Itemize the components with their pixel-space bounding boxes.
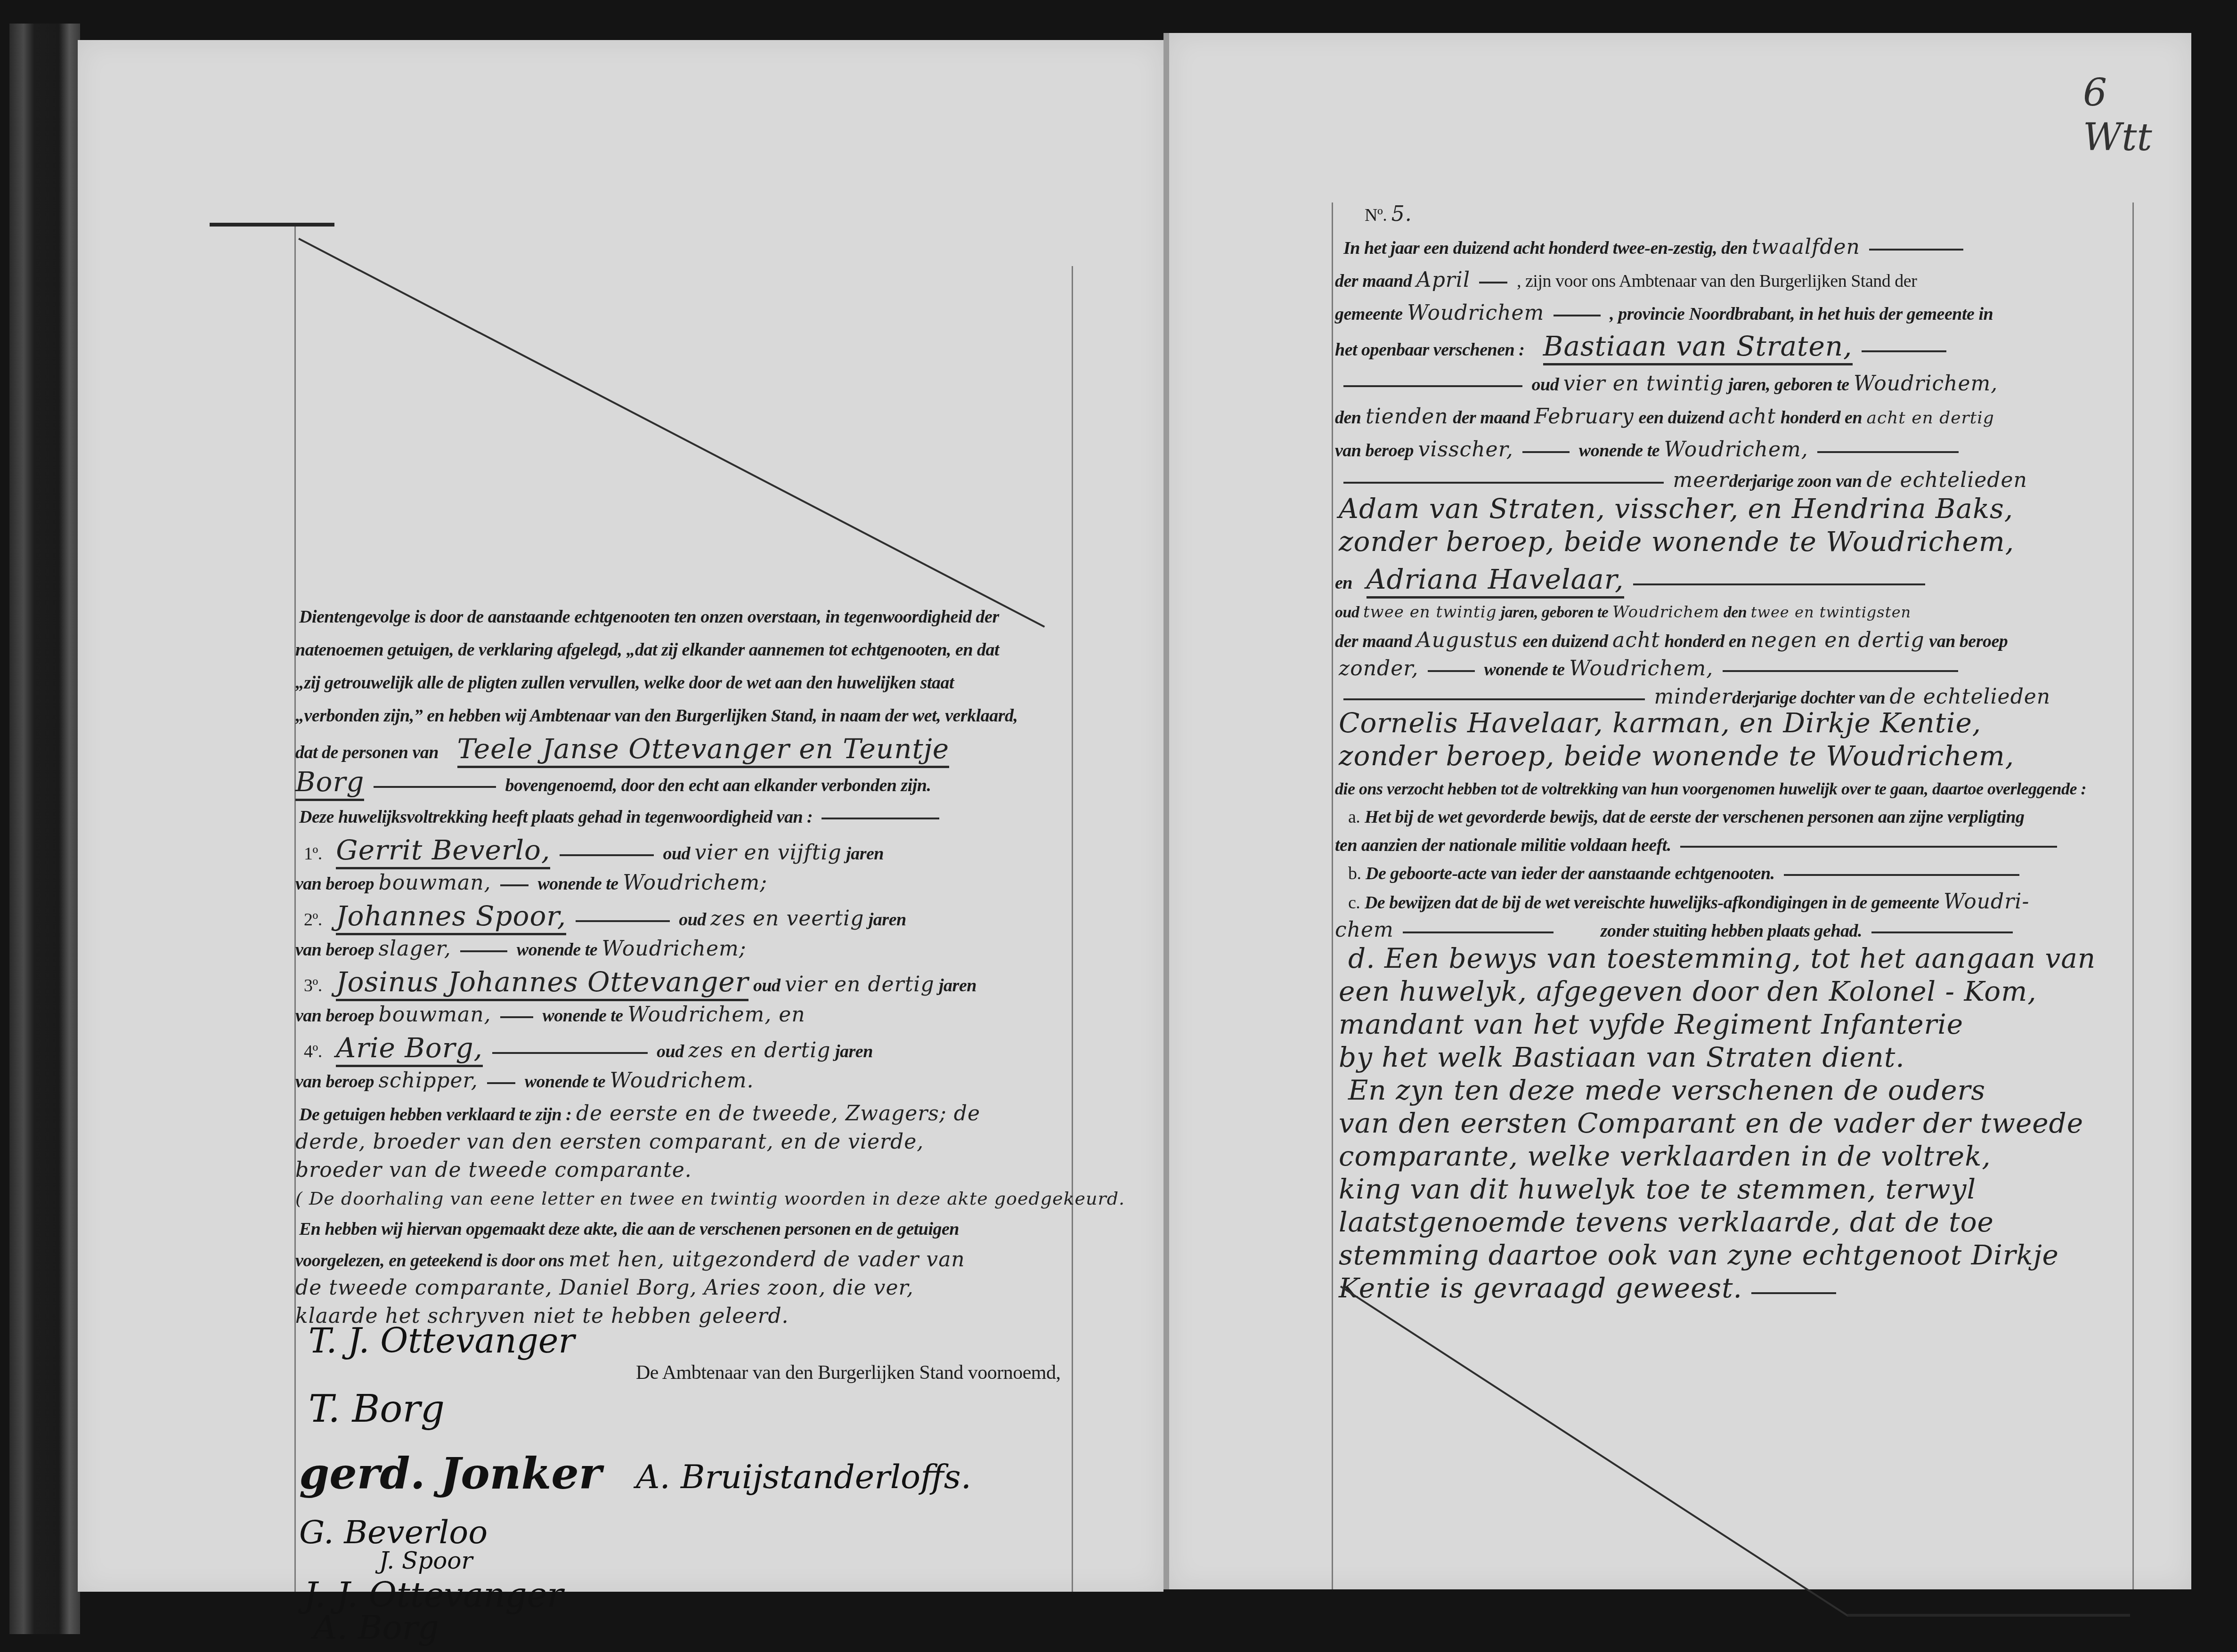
closing-line-1: En hebben wij hiervan opgemaakt deze akt… [299,1217,959,1241]
oud-label: oud [663,844,690,864]
witness-residence: Woudrichem; [602,937,747,961]
witness-residence: Woudrichem, en [627,1003,805,1027]
married-persons-line-2: Borg bovengenoemd, door den echt aan elk… [295,770,931,797]
den-label: den [1335,408,1361,428]
witness-name: Josinus Johannes Ottevanger [336,966,748,1001]
doc-text: De bewijzen dat de bij de wet vereischte… [1365,893,1939,913]
majority-status: minder [1654,685,1732,709]
witness-4-detail-line: van beroep schipper, wonende te Woudrich… [295,1069,754,1093]
witness-4-name-line: 4º. Arie Borg, oud zes en dertig jaren [304,1036,873,1063]
occupation-label: van beroep [295,1006,374,1026]
witness-name: Johannes Spoor, [336,900,566,935]
occupation-label: van beroep [1929,632,2008,651]
bride-birth-month: Augustus [1416,628,1518,652]
groom-age: vier en twintig [1563,372,1724,396]
declaration-line-2: natenoemen getuigen, de verklaring afgel… [295,638,999,662]
intro-line-1: In het jaar een duizend acht honderd twe… [1343,235,1968,260]
en-label: en [1335,573,1352,593]
request-line: die ons verzocht hebben tot de voltrekki… [1335,777,2086,801]
majority-status: meer [1673,468,1729,492]
groom-residence: Woudrichem, [1664,437,1808,462]
addendum-line-7: comparante, welke verklaarden in de volt… [1339,1144,1991,1168]
doc-text: zonder stuiting hebben plaats gehad. [1601,921,1862,941]
declaration-line-3: „zij getrouwelijk alle de pligten zullen… [295,671,954,695]
addendum-line-4: by het welk Bastiaan van Straten dient. [1339,1045,1905,1069]
witness-age: vier en vijftig [695,841,842,865]
oud-label: oud [1335,604,1359,621]
blank-fill [500,884,529,886]
signature-official: A. Bruijstanderloffs. [636,1458,971,1496]
blank-fill [1554,315,1601,316]
witness-2-detail-line: van beroep slager, wonende te Woudrichem… [295,937,747,962]
witness-relation-line-1: De getuigen hebben verklaard te zijn : d… [299,1102,980,1126]
persons-suffix: bovengenoemd, door den echt aan elkander… [505,776,931,795]
bride-surname: Borg [295,766,364,801]
doc-text: Het bij de wet gevorderde bewijs, dat de… [1365,807,2025,827]
witness-occupation: slager, [379,937,451,961]
residence-label: wonende te [542,1006,623,1026]
book-binding [9,24,80,1634]
witness-number: 1º. [304,844,322,864]
doc-text: ten aanzien der nationale militie voldaa… [1335,835,1671,855]
marriage-day: twaalfden [1752,235,1860,259]
bride-name-line: en Adriana Havelaar, [1335,567,1930,595]
intro-printed: In het jaar een duizend acht honderd twe… [1343,238,1748,258]
groom-birthplace: Woudrichem, [1854,372,1998,396]
doc-letter: a. [1348,807,1360,827]
witness-age: zes en dertig [688,1038,830,1062]
right-margin-rule [2132,202,2134,1589]
witness-residence: Woudrichem; [623,871,767,895]
daughter-label: derjarige dochter van [1732,688,1885,708]
witness-occupation: bouwman, [379,1003,491,1027]
witness-number: 2º. [304,910,322,930]
witness-number: 4º. [304,1042,322,1061]
residence-label: wonende te [525,1072,605,1092]
addendum-line-11: Kentie is gevraagd geweest. [1339,1276,1841,1304]
doc-letter: c. [1348,893,1360,913]
oud-label: oud [657,1042,684,1061]
bride-birthplace: Woudrichem [1612,603,1719,622]
blank-fill [560,854,654,856]
oud-label: oud [679,910,706,930]
addendum-line-9: laatstgenoemde tevens verklaarde, dat de… [1339,1210,1994,1234]
declaration-line-1: Dientengevolge is door de aanstaande ech… [299,605,999,629]
intro-printed: gemeente [1335,304,1403,324]
addendum-text: Kentie is gevraagd geweest. [1339,1272,1742,1304]
addendum-line-5: En zyn ten deze mede verschenen de ouder… [1348,1078,1985,1102]
witness-age: zes en veertig [710,907,864,931]
oud-label: oud [753,976,781,996]
witness-name: Arie Borg, [336,1032,483,1067]
cancellation-diagonal [298,238,1045,628]
folio-number: 6 [2083,71,2107,114]
witness-1-detail-line: van beroep bouwman, wonende te Woudriche… [295,871,767,896]
jaren-label: jaren [835,1042,873,1061]
relation-printed: De getuigen hebben verklaard te zijn : [299,1105,571,1125]
bride-birth-year: negen en dertig [1750,628,1924,652]
addendum-line-10: stemming daartoe ook van zyne echtgenoot… [1339,1243,2059,1267]
son-label: derjarige zoon van [1729,471,1862,491]
residence-label: wonende te [1484,660,1564,680]
groom-occupation-line: van beroep visscher, wonende te Woudrich… [1335,438,1963,462]
bride-birth-day: twee en twintigsten [1751,603,1912,621]
bride-name: Adriana Havelaar, [1367,563,1624,599]
marriage-month: April [1416,268,1470,292]
witness-occupation: bouwman, [379,871,491,895]
jaren-label: jaren [869,910,906,930]
witness-name: Gerrit Beverlo, [336,834,550,869]
addendum-line-8: king van dit huwelyk toe te stemmen, ter… [1339,1177,1976,1201]
witness-2-name-line: 2º. Johannes Spoor, oud zes en veertig j… [304,904,906,931]
spouses-names: Teele Janse Ottevanger en Teuntje [457,733,950,768]
signature-witness-2: J. Spoor [379,1547,472,1574]
year-hand: acht [1612,628,1660,652]
oud-label: oud [1532,375,1559,395]
month-label: der maand [1335,632,1412,651]
year-label: honderd en [1781,408,1862,428]
closing-rule [1847,1614,2130,1617]
residence-label: wonende te [1579,441,1659,461]
blank-fill [374,786,496,788]
witness-residence: Woudrichem. [610,1069,754,1093]
bride-occupation: zonder, [1339,656,1418,680]
municipality: Woudrichem [1407,301,1544,325]
blank-fill [822,818,939,819]
left-margin-rule [1332,202,1333,1589]
blank-fill [1343,385,1522,387]
groom-age-line: oud vier en twintig jaren, geboren te Wo… [1339,372,1998,397]
blank-fill [460,950,507,952]
document-b-line: b. De geboorte-acte van ieder der aansta… [1348,862,2024,885]
signature-witness-bold: gerd. Jonker [299,1448,602,1499]
blank-fill [492,1052,648,1054]
intro-printed: , zijn voor ons Ambtenaar van den Burger… [1517,271,1917,291]
witness-1-name-line: 1º. Gerrit Beverlo, oud vier en vijftig … [304,838,884,866]
residence-label: wonende te [517,940,597,960]
groom-parents-line-2: zonder beroep, beide wonende te Woudrich… [1339,530,2014,553]
blank-fill [1751,1292,1836,1294]
presence-line: Deze huwelijksvoltrekking heeft plaats g… [299,805,944,829]
jaren-label: jaren [939,976,976,996]
groom-occupation: visscher, [1418,437,1513,462]
bride-parents-line-2: zonder beroep, beide wonende te Woudrich… [1339,744,2014,768]
married-persons-line: dat de personen van Teele Janse Ottevang… [295,737,949,764]
bride-daughter-line: minderderjarige dochter van de echtelied… [1339,685,2050,710]
official-label: De Ambtenaar van den Burgerlijken Stand … [636,1361,1061,1385]
groom-parents-line-1: Adam van Straten, visscher, en Hendrina … [1339,497,2013,520]
occupation-label: van beroep [295,940,374,960]
groom-birth-month: February [1534,405,1634,429]
groom-name-line: het openbaar verschenen : Bastiaan van S… [1335,334,1951,362]
blank-fill [1817,451,1959,453]
doc-hand: chem [1335,918,1394,942]
groom-birth-line: den tienden der maand February een duize… [1335,405,1994,430]
witness-relation-line-3: broeder van de tweede comparante. [295,1158,692,1182]
witness-relation-line-2: derde, broeder van den eersten comparant… [295,1130,924,1154]
bride-birth-line: der maand Augustus een duizend acht hond… [1335,629,2008,653]
doc-letter: b. [1348,864,1361,883]
year-label: honderd en [1664,632,1746,651]
act-number-label: Nº. [1365,205,1387,225]
bride-parents-line-1: Cornelis Havelaar, karman, en Dirkje Ken… [1339,711,1981,735]
signature-groom: T. J. Ottevanger [309,1321,575,1360]
closing-line-3: de tweede comparante, Daniel Borg, Aries… [295,1276,914,1300]
signature-witness-4: A. Borg [313,1608,439,1647]
left-page: Dientengevolge is door de aanstaande ech… [78,40,1163,1592]
year-label: een duizend [1638,408,1724,428]
document-a-line-1: a. Het bij de wet gevorderde bewijs, dat… [1348,805,2024,829]
doc-text: De geboorte-acte van ieder der aanstaand… [1366,864,1775,883]
closing-hand: met hen, uitgezonderd de vader van [569,1247,965,1271]
act-number-value: 5. [1391,202,1412,226]
groom-son-line: meerderjarige zoon van de echtelieden [1339,469,2027,493]
right-margin-rule [1072,266,1073,1592]
blank-fill [1680,846,2057,848]
born-label: jaren, geboren te [1501,604,1609,621]
occupation-label: van beroep [295,1072,374,1092]
blank-fill [500,1016,533,1018]
year-label: een duizend [1522,632,1608,651]
parents-label: de echtelieden [1890,685,2051,709]
occupation-label: van beroep [1335,441,1414,461]
document-c-line-1: c. De bewijzen dat de bij de wet vereisc… [1348,890,2029,915]
addendum-line-6: van den eersten Comparant en de vader de… [1339,1111,2083,1135]
groom-birth-day: tienden [1366,405,1448,429]
blank-fill [1869,249,1963,251]
intro-line-3: gemeente Woudrichem , provincie Noordbra… [1335,301,1993,326]
addendum-line-2: een huwelyk, afgegeven door den Kolonel … [1339,980,2037,1003]
residence-label: wonende te [537,874,618,894]
bride-age: twee en twintig [1363,603,1497,622]
appeared-label: het openbaar verschenen : [1335,340,1524,360]
month-label: der maand [1453,408,1529,428]
blank-fill [1343,698,1645,700]
right-page: 6 Wtt Nº. 5. In het jaar een duizend ach… [1163,33,2191,1589]
correction-note: ( De doorhaling van eene letter en twee … [295,1187,1125,1210]
bride-occupation-line: zonder, wonende te Woudrichem, [1339,657,1963,681]
blank-fill [576,920,670,922]
witness-age: vier en dertig [785,972,935,996]
persons-prefix: dat de personen van [295,743,439,762]
witness-occupation: schipper, [379,1069,478,1093]
blank-fill [1479,282,1507,283]
blank-fill [487,1082,515,1084]
addendum-line-1: d. Een bewys van toestemming, tot het aa… [1348,947,2096,970]
bride-age-line: oud twee en twintig jaren, geboren te Wo… [1335,600,1911,624]
folio-initials: Wtt [2083,115,2152,159]
document-a-line-2: ten aanzien der nationale militie voldaa… [1335,834,2062,857]
left-margin-rule [294,226,296,1592]
blank-fill [1871,931,2013,933]
relation-hand: de eerste en de tweede, Zwagers; de [576,1101,980,1126]
year-hand: acht [1728,405,1776,429]
top-section-rule [210,223,334,227]
blank-fill [1862,350,1946,352]
witness-3-name-line: 3º. Josinus Johannes Ottevanger oud vier… [304,970,976,997]
witness-3-detail-line: van beroep bouwman, wonende te Woudriche… [295,1003,805,1028]
doc-hand: Woudri- [1944,890,2029,914]
groom-birth-year: acht en dertig [1867,408,1994,428]
witness-number: 3º. [304,976,322,996]
blank-fill [1784,874,2019,876]
den-label: den [1724,604,1747,621]
blank-fill [1403,931,1554,933]
occupation-label: van beroep [295,874,374,894]
cancellation-diagonal [1340,1286,1849,1617]
document-c-line-2: chem zonder stuiting hebben plaats gehad… [1335,918,2017,943]
parents-label: de echtelieden [1866,468,2027,492]
blank-fill [1723,670,1958,672]
blank-fill [1633,583,1925,585]
addendum-line-3: mandant van het vyfde Regiment Infanteri… [1339,1012,1963,1036]
jaren-label: jaren [846,844,884,864]
act-number: Nº. 5. [1365,202,1412,227]
signature-bride: T. Borg [309,1387,445,1431]
intro-printed: , provincie Noordbrabant, in het huis de… [1610,304,1993,324]
declaration-line-4: „verbonden zijn,” en hebben wij Ambtenaa… [295,704,1018,728]
signature-witness-1: G. Beverloo [299,1514,488,1551]
blank-fill [1522,451,1570,453]
presence-text: Deze huwelijksvoltrekking heeft plaats g… [299,807,813,827]
blank-fill [1343,482,1664,484]
intro-printed: der maand [1335,271,1412,291]
closing-printed: voorgelezen, en geteekend is door ons [295,1251,564,1271]
intro-line-2: der maand April , zijn voor ons Ambtenaa… [1335,268,1917,293]
groom-name: Bastiaan van Straten, [1543,330,1853,365]
closing-line-2: voorgelezen, en geteekend is door ons me… [295,1248,965,1272]
bride-residence: Woudrichem, [1569,656,1713,680]
blank-fill [1428,670,1475,672]
born-label: jaren, geboren te [1728,375,1849,395]
